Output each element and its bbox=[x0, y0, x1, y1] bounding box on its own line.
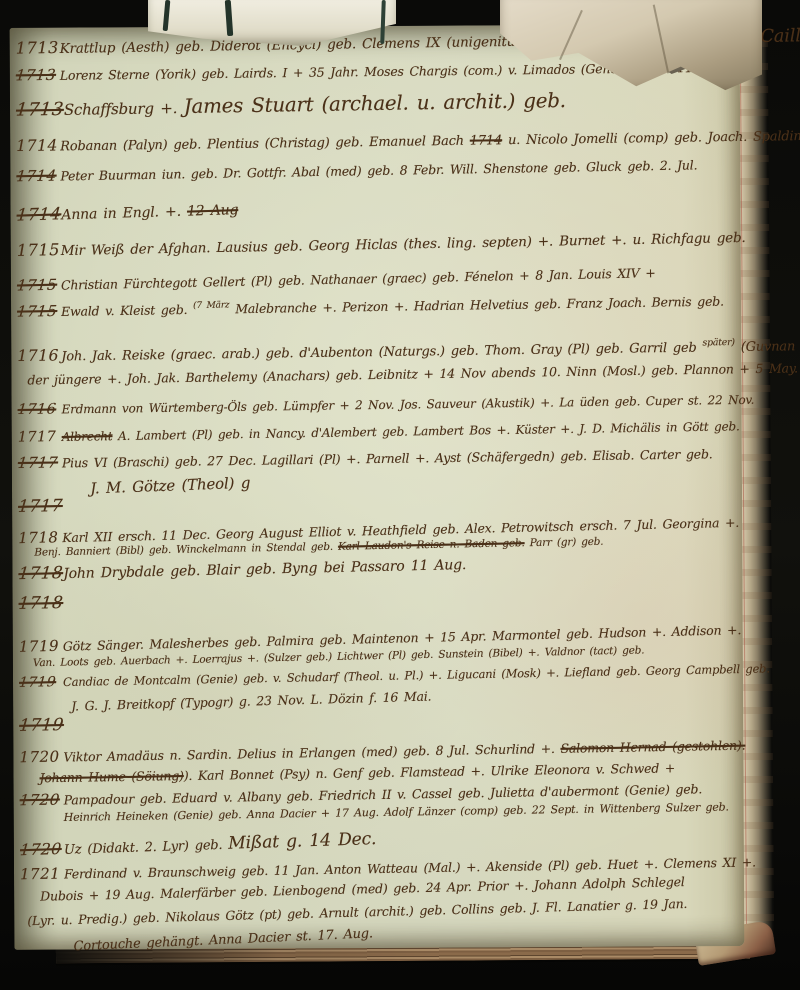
entry-text: Uz (Didakt. 2. Lyr) geb. bbox=[64, 838, 229, 858]
entry-text: Joh. Jak. Reiske (graec. arab.) geb. d'A… bbox=[61, 341, 702, 365]
entry-text: Robanan (Palyn) geb. Plentius (Christag)… bbox=[60, 134, 470, 155]
year-label: 1720 bbox=[19, 747, 63, 766]
register-row: 1716Erdmann von Würtemberg-Öls geb. Lümp… bbox=[17, 392, 735, 418]
entry-text: (7 März bbox=[193, 300, 229, 311]
manuscript-photo: 55 1713Krattlup (Aesth) geb. Diderot (En… bbox=[0, 0, 800, 990]
entry-text: Johann Hume (Söiung) bbox=[39, 768, 183, 785]
register-row: 1718 bbox=[18, 579, 736, 613]
register-row: 1717Albrecht A. Lambert (Pl) geb. in Nan… bbox=[18, 418, 736, 445]
entry-text: Peter Buurman iun. geb. Dr. Gottfr. Abal… bbox=[60, 157, 697, 183]
entry-text: Albrecht bbox=[62, 429, 113, 444]
entry-text: ). Karl Bonnet (Psy) n. Genf geb. Flamst… bbox=[184, 760, 676, 783]
register-row: 1715Christian Fürchtegott Gellert (Pl) g… bbox=[17, 261, 735, 294]
entry-text: Salomon Hernad (gestohlen). bbox=[560, 738, 745, 756]
manuscript-page: 55 1713Krattlup (Aesth) geb. Diderot (En… bbox=[10, 24, 745, 950]
year-label: 1713 bbox=[16, 38, 60, 58]
year-label: 1713 bbox=[15, 99, 65, 121]
entry-text: Ewald v. Kleist geb. bbox=[61, 302, 193, 319]
year-label: 1719 bbox=[19, 637, 63, 656]
year-label: 1715 bbox=[16, 302, 62, 321]
year-label: 1717 bbox=[17, 495, 63, 516]
entry-text: Mir Weiß der Afghan. Lausius geb. Georg … bbox=[61, 230, 746, 259]
year-label: 1720 bbox=[19, 840, 64, 859]
register-row: der jüngere +. Joh. Jak. Barthelemy (Ana… bbox=[17, 361, 735, 387]
register-row: 1713Schaffsburg +. James Stuart (archael… bbox=[16, 86, 734, 120]
entry-text: Karl Laudon's Reise n. Baden geb. bbox=[338, 537, 525, 553]
year-label: 1718 bbox=[18, 528, 62, 547]
register-row: 1714Peter Buurman iun. geb. Dr. Gottfr. … bbox=[16, 155, 734, 186]
year-label: 1718 bbox=[18, 562, 64, 583]
register-row: 1715Ewald v. Kleist geb. (7 März Malebra… bbox=[17, 291, 735, 320]
register-row: 1714Anna in Engl. +. 12 Aug bbox=[16, 183, 734, 224]
entry-text: Malebranche +. Perizon +. Hadrian Helvet… bbox=[229, 294, 724, 317]
entry-text: A. Lambert (Pl) geb. in Nancy. d'Alember… bbox=[112, 419, 739, 443]
entry-text: Mißat g. 14 Dec. bbox=[228, 829, 377, 854]
entry-text: Anna in Engl. +. bbox=[61, 204, 187, 224]
entry-text: (Guvnan bbox=[735, 339, 795, 355]
year-label: 1715 bbox=[16, 276, 62, 295]
entry-text: Viktor Amadäus n. Sardin. Delius in Erla… bbox=[63, 741, 560, 765]
year-label: 1719 bbox=[18, 674, 63, 691]
year-label: 1716 bbox=[17, 346, 61, 365]
year-label: 1714 bbox=[16, 136, 60, 155]
year-label: 1717 bbox=[17, 453, 63, 472]
year-label: 1714 bbox=[16, 203, 62, 224]
entry-text: James Stuart (archael. u. archit.) geb. bbox=[184, 89, 566, 118]
entry-text: der jüngere +. Joh. Jak. Barthelemy (Ana… bbox=[27, 360, 798, 387]
year-label: 1713 bbox=[15, 66, 61, 85]
year-label: 1718 bbox=[18, 592, 64, 613]
register-row: 1715Mir Weiß der Afghan. Lausius geb. Ge… bbox=[17, 227, 735, 260]
entry-text: Schaffsburg +. bbox=[64, 99, 184, 119]
year-label: 1717 bbox=[18, 429, 62, 446]
entry-text: Christian Fürchtegott Gellert (Pl) geb. … bbox=[61, 265, 656, 292]
register-row: 1714Robanan (Palyn) geb. Plentius (Chris… bbox=[16, 127, 734, 155]
entry-text: John Drybdale geb. Blair geb. Byng bei P… bbox=[63, 557, 466, 582]
year-label: 1714 bbox=[16, 166, 62, 185]
entry-text: Parr (gr) geb. bbox=[524, 536, 603, 550]
entry-text: später) bbox=[702, 337, 734, 348]
register-row: 1716Joh. Jak. Reiske (graec. arab.) geb.… bbox=[17, 337, 735, 365]
year-label: 1721 bbox=[20, 864, 64, 883]
entry-text: 12 Aug bbox=[187, 202, 239, 220]
year-label: 1720 bbox=[19, 790, 65, 809]
year-label: 1716 bbox=[17, 401, 62, 418]
year-label: 1715 bbox=[17, 240, 61, 260]
entry-text: 1714 bbox=[470, 133, 503, 148]
year-label: 1719 bbox=[18, 714, 64, 735]
entry-text: Erdmann von Würtemberg-Öls geb. Lümpfer … bbox=[62, 393, 755, 417]
